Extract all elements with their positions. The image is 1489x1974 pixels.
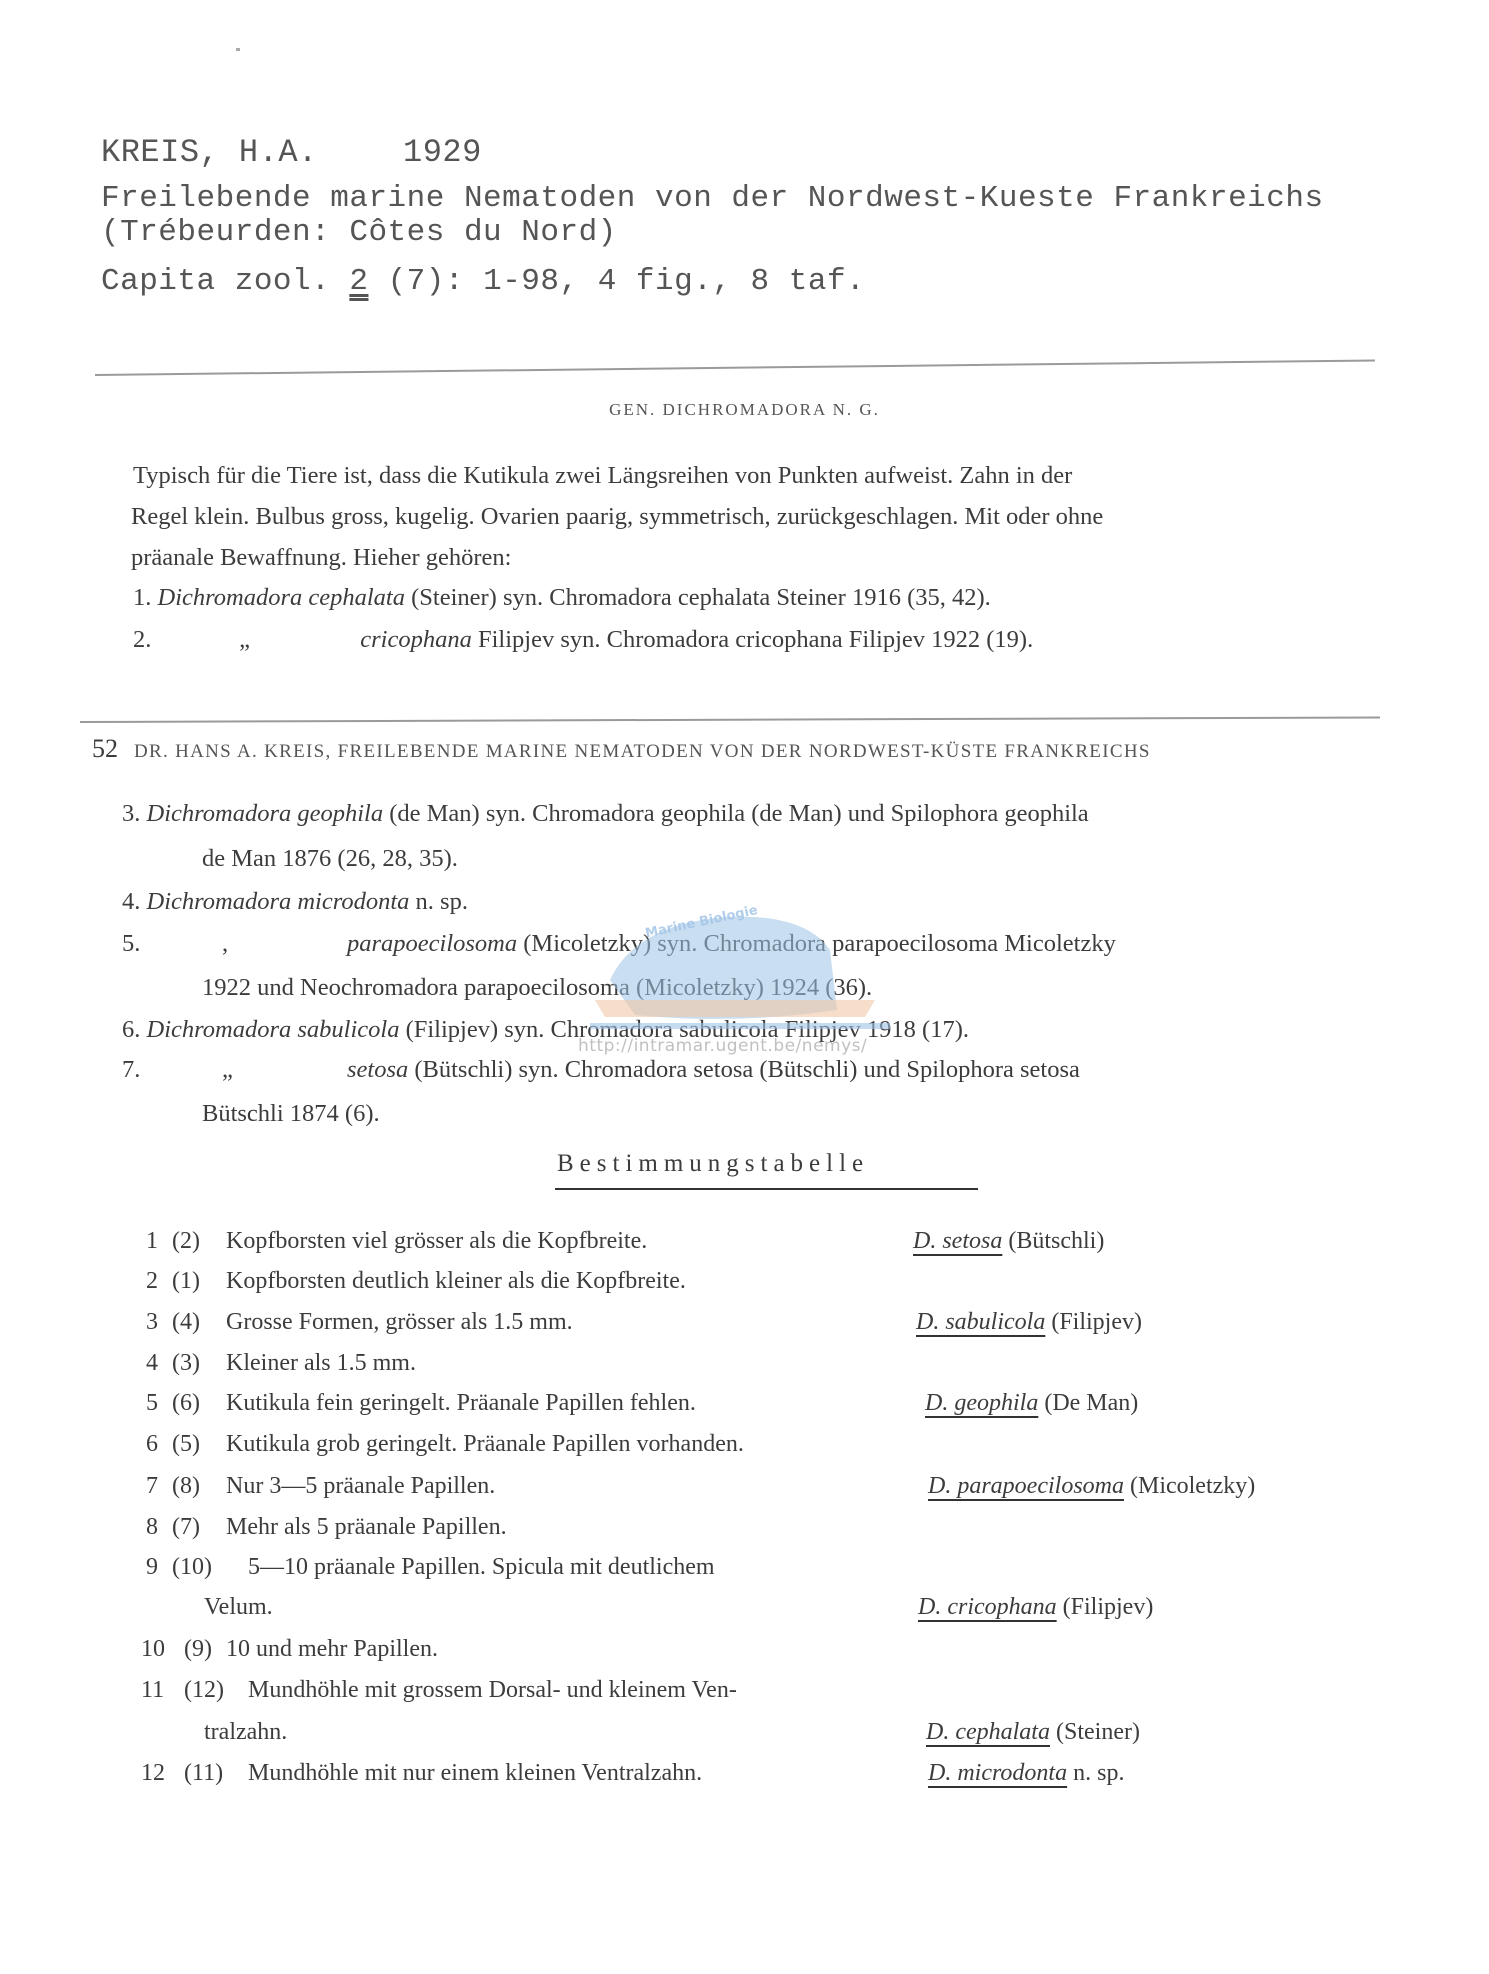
species-list-continuation: Bütschli 1874 (6). — [202, 1100, 380, 1128]
key-result-authority: (Micoletzky) — [1130, 1473, 1255, 1499]
species-epithet: setosa — [347, 1056, 408, 1083]
key-row: 9(10)5—10 präanale Papillen. Spicula mit… — [0, 1554, 1489, 1588]
key-description: Kutikula fein geringelt. Präanale Papill… — [226, 1390, 696, 1417]
key-step-number: 2 — [146, 1268, 158, 1295]
key-alternative: (5) — [172, 1431, 200, 1458]
species-list-item: 5.,parapoecilosoma (Micoletzky) syn. Chr… — [122, 930, 1116, 958]
species-number: 2. — [133, 626, 233, 654]
watermark-url: http://intramar.ugent.be/nemys/ — [578, 1036, 867, 1056]
journal-issue-pages: (7): 1-98, 4 fig., 8 taf. — [388, 264, 866, 299]
reference-title-line-2: (Trébeurden: Côtes du Nord) — [101, 215, 617, 250]
key-description: Kutikula grob geringelt. Präanale Papill… — [226, 1431, 744, 1458]
key-result-species: D. parapoecilosoma — [928, 1473, 1124, 1499]
key-row: 12(11)Mundhöhle mit nur einem kleinen Ve… — [0, 1760, 1489, 1794]
species-epithet: microdonta — [297, 888, 409, 915]
species-epithet: sabulicola — [297, 1016, 399, 1043]
key-alternative: (2) — [172, 1228, 200, 1255]
key-alternative: (8) — [172, 1473, 200, 1500]
key-description: Velum. — [204, 1594, 273, 1621]
key-step-number: 6 — [146, 1431, 158, 1458]
species-synonymy: Filipjev syn. Chromadora cricophana Fili… — [478, 626, 1033, 653]
key-result-authority: (De Man) — [1044, 1390, 1138, 1416]
key-title: Bestimmungstabelle — [557, 1150, 869, 1178]
key-step-number: 11 — [141, 1677, 164, 1704]
key-description: Grosse Formen, grösser als 1.5 mm. — [226, 1309, 573, 1336]
species-list-item: 7.„setosa (Bütschli) syn. Chromadora set… — [122, 1056, 1080, 1084]
diagnosis-line: Typisch für die Tiere ist, dass die Kuti… — [133, 455, 1363, 496]
species-epithet: parapoecilosoma — [347, 930, 517, 957]
key-description: Kopfborsten viel grösser als die Kopfbre… — [226, 1228, 647, 1255]
species-list-item: 2. „ cricophana Filipjev syn. Chromadora… — [133, 626, 1033, 654]
key-alternative: (11) — [184, 1760, 223, 1787]
key-result-authority: (Bütschli) — [1008, 1228, 1104, 1254]
key-row: 10(9)10 und mehr Papillen. — [0, 1636, 1489, 1670]
key-alternative: (10) — [172, 1554, 212, 1581]
key-step-number: 8 — [146, 1514, 158, 1541]
key-description: Mundhöhle mit nur einem kleinen Ventralz… — [248, 1760, 702, 1787]
key-alternative: (6) — [172, 1390, 200, 1417]
species-number: 5. — [122, 930, 222, 958]
key-result: D. microdonta n. sp. — [928, 1760, 1124, 1787]
species-list-continuation: de Man 1876 (26, 28, 35). — [202, 845, 458, 873]
key-result-species: D. cricophana — [918, 1594, 1057, 1620]
species-synonymy: n. sp. — [416, 888, 468, 915]
key-title-underline — [555, 1188, 978, 1190]
ditto-mark: „ — [222, 1056, 347, 1084]
key-description: Mundhöhle mit grossem Dorsal- und kleine… — [248, 1677, 737, 1704]
journal-volume: 2 — [349, 264, 368, 299]
key-row: 2(1)Kopfborsten deutlich kleiner als die… — [0, 1268, 1489, 1302]
genus-heading: GEN. DICHROMADORA N. G. — [0, 400, 1489, 420]
species-synonymy: (Micoletzky) syn. Chromadora parapoecilo… — [523, 930, 1116, 957]
key-result: D. parapoecilosoma (Micoletzky) — [928, 1473, 1255, 1500]
key-result-species: D. setosa — [913, 1228, 1002, 1254]
species-number: 3. — [122, 800, 140, 828]
key-step-number: 3 — [146, 1309, 158, 1336]
species-synonymy: (Bütschli) syn. Chromadora setosa (Bütsc… — [414, 1056, 1080, 1083]
species-number: 1. — [133, 584, 151, 612]
key-result-authority: n. sp. — [1073, 1760, 1124, 1786]
reference-author: KREIS, H.A. — [101, 134, 318, 171]
key-description: tralzahn. — [204, 1719, 287, 1746]
diagnosis-line: präanale Bewaffnung. Hieher gehören: — [131, 537, 1363, 578]
key-result-authority: (Filipjev) — [1063, 1594, 1154, 1620]
species-synonymy: (de Man) syn. Chromadora geophila (de Ma… — [389, 800, 1088, 827]
clipping-divider-top — [95, 359, 1375, 376]
key-step-number: 12 — [141, 1760, 165, 1787]
species-synonymy: (Steiner) syn. Chromadora cephalata Stei… — [411, 584, 991, 611]
key-result-authority: (Steiner) — [1056, 1719, 1140, 1745]
diagnosis-line: Regel klein. Bulbus gross, kugelig. Ovar… — [131, 496, 1363, 537]
key-row: 3(4)Grosse Formen, grösser als 1.5 mm.D.… — [0, 1309, 1489, 1343]
key-description: 5—10 präanale Papillen. Spicula mit deut… — [248, 1554, 715, 1581]
journal-name: Capita zool. — [101, 264, 330, 299]
key-step-number: 10 — [141, 1636, 165, 1663]
scan-speck — [236, 48, 240, 51]
key-row: Velum.D. cricophana (Filipjev) — [0, 1594, 1489, 1628]
ditto-mark: „ — [239, 626, 354, 654]
key-description: Kopfborsten deutlich kleiner als die Kop… — [226, 1268, 686, 1295]
species-epithet: cephalata — [308, 584, 405, 611]
key-description: 10 und mehr Papillen. — [226, 1636, 438, 1663]
species-genus: Dichromadora — [158, 584, 303, 611]
key-result-authority: (Filipjev) — [1051, 1309, 1142, 1335]
key-description: Kleiner als 1.5 mm. — [226, 1350, 416, 1377]
ditto-mark: , — [222, 930, 347, 958]
key-step-number: 1 — [146, 1228, 158, 1255]
key-result: D. geophila (De Man) — [925, 1390, 1138, 1417]
key-description: Mehr als 5 präanale Papillen. — [226, 1514, 507, 1541]
key-row: 7(8)Nur 3—5 präanale Papillen.D. parapoe… — [0, 1473, 1489, 1507]
key-row: 11(12)Mundhöhle mit grossem Dorsal- und … — [0, 1677, 1489, 1711]
key-alternative: (9) — [184, 1636, 212, 1663]
species-number: 7. — [122, 1056, 222, 1084]
key-row: 5(6)Kutikula fein geringelt. Präanale Pa… — [0, 1390, 1489, 1424]
clipping-divider-middle — [80, 716, 1380, 723]
reference-year: 1929 — [403, 134, 482, 171]
key-result-species: D. geophila — [925, 1390, 1038, 1416]
key-description: Nur 3—5 präanale Papillen. — [226, 1473, 495, 1500]
key-alternative: (1) — [172, 1268, 200, 1295]
genus-diagnosis: Typisch für die Tiere ist, dass die Kuti… — [133, 455, 1363, 578]
species-epithet: cricophana — [360, 626, 472, 653]
key-result: D. sabulicola (Filipjev) — [916, 1309, 1142, 1336]
species-genus: Dichromadora — [147, 800, 292, 827]
species-list-item: 3. Dichromadora geophila (de Man) syn. C… — [122, 800, 1089, 828]
species-number: 6. — [122, 1016, 140, 1044]
key-result: D. cricophana (Filipjev) — [918, 1594, 1153, 1621]
key-result-species: D. microdonta — [928, 1760, 1067, 1786]
key-row: 6(5)Kutikula grob geringelt. Präanale Pa… — [0, 1431, 1489, 1465]
key-step-number: 9 — [146, 1554, 158, 1581]
reference-citation: Capita zool. 2 (7): 1-98, 4 fig., 8 taf. — [101, 264, 865, 299]
reference-title-line-1: Freilebende marine Nematoden von der Nor… — [101, 181, 1324, 216]
key-result: D. cephalata (Steiner) — [926, 1719, 1140, 1746]
key-result-species: D. cephalata — [926, 1719, 1050, 1745]
key-alternative: (12) — [184, 1677, 224, 1704]
species-number: 4. — [122, 888, 140, 916]
key-alternative: (7) — [172, 1514, 200, 1541]
species-list-continuation: 1922 und Neochromadora parapoecilosoma (… — [202, 974, 872, 1002]
key-row: tralzahn.D. cephalata (Steiner) — [0, 1719, 1489, 1753]
running-head-text: DR. HANS A. KREIS, FREILEBENDE MARINE NE… — [134, 741, 1151, 762]
running-head: 52DR. HANS A. KREIS, FREILEBENDE MARINE … — [92, 734, 1151, 764]
key-row: 1(2)Kopfborsten viel grösser als die Kop… — [0, 1228, 1489, 1262]
species-genus: Dichromadora — [147, 888, 292, 915]
key-row: 8(7)Mehr als 5 präanale Papillen. — [0, 1514, 1489, 1548]
key-row: 4(3)Kleiner als 1.5 mm. — [0, 1350, 1489, 1384]
species-list-item: 4. Dichromadora microdonta n. sp. — [122, 888, 468, 916]
species-genus: Dichromadora — [147, 1016, 292, 1043]
key-result-species: D. sabulicola — [916, 1309, 1045, 1335]
key-alternative: (4) — [172, 1309, 200, 1336]
key-alternative: (3) — [172, 1350, 200, 1377]
key-step-number: 5 — [146, 1390, 158, 1417]
species-epithet: geophila — [297, 800, 383, 827]
species-list-item: 1. Dichromadora cephalata (Steiner) syn.… — [133, 584, 991, 612]
page-number: 52 — [92, 734, 118, 763]
key-result: D. setosa (Bütschli) — [913, 1228, 1104, 1255]
key-step-number: 4 — [146, 1350, 158, 1377]
key-step-number: 7 — [146, 1473, 158, 1500]
